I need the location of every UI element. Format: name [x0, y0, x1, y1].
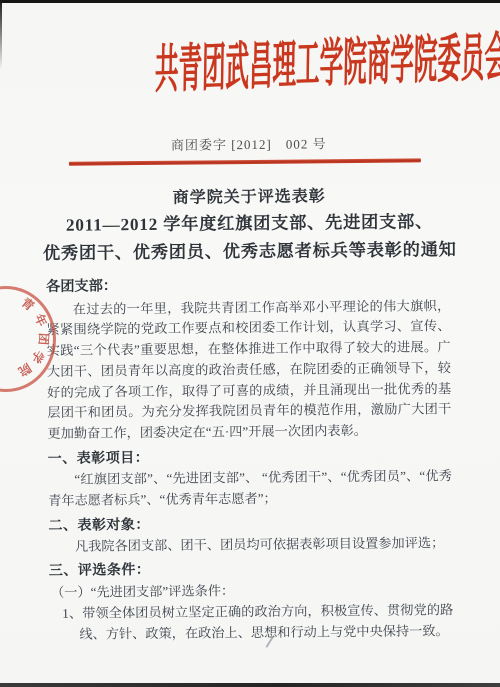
document-number: 商团委字 [2012] 002 号 [0, 132, 499, 156]
salutation: 各团支部： [46, 272, 450, 298]
document-body: 各团支部： 在过去的一年里，我院共青团工作高举邓小平理论的伟大旗帜，紧紧围绕学院… [46, 272, 454, 646]
document-sheet: 共青团武昌理工学院商学院委员会文件 商团委字 [2012] 002 号 商学院关… [0, 0, 500, 687]
scan-edge-top [0, 0, 500, 3]
intro-paragraph: 在过去的一年里，我院共青团工作高举邓小平理论的伟大旗帜，紧紧围绕学院的党政工作要… [46, 296, 451, 445]
notice-title-line-3: 优秀团干、优秀团员、优秀志愿者标兵等表彰的通知 [0, 236, 500, 269]
letterhead-text: 共青团武昌理工学院商学院委员会文件 [154, 26, 500, 103]
seal-character: 团 [35, 332, 53, 345]
section-1-body: “红旗团支部”、“先进团支部”、 “优秀团干”、“优秀团员”、“优秀青年志愿者标… [48, 466, 452, 511]
official-seal-stamp: 青 年 团 学 院 [0, 278, 74, 398]
red-letterhead-title: 共青团武昌理工学院商学院委员会文件 [0, 38, 498, 101]
scan-edge-bottom [0, 683, 500, 687]
scan-edge-left [0, 0, 2, 70]
red-divider-line [69, 158, 421, 165]
section-2-body: 凡我院各团支部、团干、团员均可依据表彰项目设置参加评选； [49, 533, 453, 558]
section-3-item: 1、带领全体团员树立坚定正确的政治方向，积极宣传、贯彻党的路线、方针、政策，在政… [62, 600, 453, 645]
notice-title: 商学院关于评选表彰 2011—2012 学年度红旗团支部、先进团支部、 优秀团干… [0, 182, 500, 269]
